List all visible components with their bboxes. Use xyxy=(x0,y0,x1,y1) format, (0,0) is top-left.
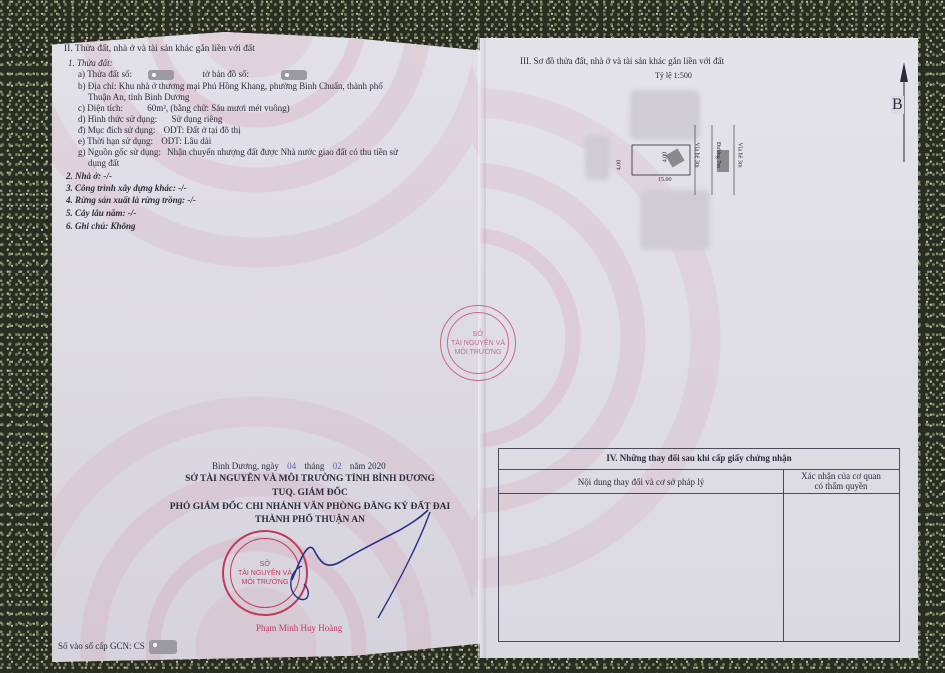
col-header-confirmation-1: Xác nhận của cơ quan xyxy=(783,471,899,481)
stamp-text-line1: SỞ xyxy=(473,330,484,339)
item-planted-forest: 4. Rừng sản xuất là rừng trồng: -/- xyxy=(66,195,196,205)
map-sheet-redacted xyxy=(281,70,307,80)
date-year: 2020 xyxy=(368,461,386,471)
section-ii-title: II. Thửa đất, nhà ở và tài sản khác gắn … xyxy=(64,44,255,54)
usage-form-label: d) Hình thức sử dụng: xyxy=(78,114,157,124)
usage-term-label: e) Thời hạn sử dụng: xyxy=(78,136,153,146)
parcel-number-redacted xyxy=(148,70,174,80)
land-parcel-row: a) Thửa đất số: tờ bản đồ số: xyxy=(78,69,307,80)
sketch-redacted-area xyxy=(640,190,710,250)
center-stamp: SỞ TÀI NGUYÊN VÀ MÔI TRƯỜNG xyxy=(440,305,516,381)
stamp-text-line1: SỞ xyxy=(260,560,271,569)
area-label: c) Diện tích: xyxy=(78,103,123,113)
usage-form-row: d) Hình thức sử dụng: Sử dụng riêng xyxy=(78,114,222,124)
address-line-cont: Thuận An, tỉnh Bình Dương xyxy=(88,92,189,102)
area-value: 60m², (bằng chữ: Sáu mươi mét vuông) xyxy=(147,103,289,113)
changes-table-header-row: Nội dung thay đổi và cơ sở pháp lý Xác n… xyxy=(499,469,899,494)
date-prefix: Bình Dương, ngày xyxy=(212,461,279,471)
item-house: 2. Nhà ở: -/- xyxy=(66,171,112,181)
area-row: c) Diện tích: 60m², (bằng chữ: Sáu mươi … xyxy=(78,103,290,113)
usage-purpose-label: đ) Mục đích sử dụng: xyxy=(78,125,155,135)
date-month-label: tháng xyxy=(304,461,324,471)
issuing-org: SỞ TÀI NGUYÊN VÀ MÔI TRƯỜNG TỈNH BÌNH DƯ… xyxy=(150,474,470,484)
usage-purpose-row: đ) Mục đích sử dụng: ODT: Đất ở tại đô t… xyxy=(78,125,241,135)
signer-name: Phạm Minh Huy Hoàng xyxy=(256,623,342,633)
column-divider xyxy=(783,469,784,641)
land-heading: 1. Thửa đất: xyxy=(68,58,113,68)
signature-ink xyxy=(280,500,460,630)
item-notes: 6. Ghi chú: Không xyxy=(66,221,136,231)
usage-origin-cont: dụng đất xyxy=(88,158,119,168)
sketch-redacted-area xyxy=(585,135,610,180)
road-sidewalk-1: Vỉa hè 3m xyxy=(692,143,702,168)
dim-bottom: 15.00 xyxy=(658,175,672,185)
map-sheet-label: tờ bản đồ số: xyxy=(202,69,249,79)
dim-left: 4.00 xyxy=(614,160,624,171)
date-year-label: năm xyxy=(350,461,366,471)
item-other-construction: 3. Công trình xây dựng khác: -/- xyxy=(66,183,187,193)
date-line: Bình Dương, ngày 04 tháng 02 năm 2020 xyxy=(212,461,386,471)
stamp-text-line3: MÔI TRƯỜNG xyxy=(455,348,502,357)
changes-table: IV. Những thay đổi sau khi cấp giấy chứn… xyxy=(498,448,900,642)
registry-number-redacted xyxy=(149,640,177,654)
parcel-sketch xyxy=(620,115,750,195)
tuq-line: TUQ. GIÁM ĐỐC xyxy=(150,488,470,498)
date-day: 04 xyxy=(287,461,296,471)
parcel-number-label: a) Thửa đất số: xyxy=(78,69,132,79)
usage-form-value: Sử dụng riêng xyxy=(172,114,223,124)
date-month: 02 xyxy=(333,461,342,471)
usage-origin-label: g) Nguồn gốc sử dụng: xyxy=(78,147,161,157)
north-label: B xyxy=(891,96,904,114)
dim-right: 4.00 xyxy=(660,152,670,163)
item-perennial-trees: 5. Cây lâu năm: -/- xyxy=(66,208,136,218)
registry-label: Số vào sổ cấp GCN: CS xyxy=(58,641,145,651)
col-header-confirmation-2: có thẩm quyền xyxy=(783,481,899,491)
usage-origin-row: g) Nguồn gốc sử dụng: Nhận chuyển nhượng… xyxy=(78,147,398,157)
road-sidewalk-2: Vỉa hè 3m xyxy=(735,143,745,168)
registry-number-row: Số vào sổ cấp GCN: CS xyxy=(58,640,177,654)
address-line: b) Địa chỉ: Khu nhà ở thương mại Phú Hồn… xyxy=(78,81,383,91)
usage-term-row: e) Thời hạn sử dụng: ODT: Lâu dài xyxy=(78,136,211,146)
road-main: Đường 7m xyxy=(713,142,723,168)
stamp-text-line2: TÀI NGUYÊN VÀ xyxy=(451,339,505,348)
col-header-content: Nội dung thay đổi và cơ sở pháp lý xyxy=(499,477,783,487)
changes-table-title-row: IV. Những thay đổi sau khi cấp giấy chứn… xyxy=(499,449,899,470)
section-iii-title: III. Sơ đồ thửa đất, nhà ở và tài sản kh… xyxy=(520,56,724,66)
map-scale: Tỷ lệ 1:500 xyxy=(655,71,692,81)
usage-origin-value: Nhận chuyển nhượng đất được Nhà nước gia… xyxy=(167,147,398,157)
usage-purpose-value: ODT: Đất ở tại đô thị xyxy=(164,125,241,135)
changes-table-title: IV. Những thay đổi sau khi cấp giấy chứn… xyxy=(499,453,899,463)
usage-term-value: ODT: Lâu dài xyxy=(161,136,211,146)
